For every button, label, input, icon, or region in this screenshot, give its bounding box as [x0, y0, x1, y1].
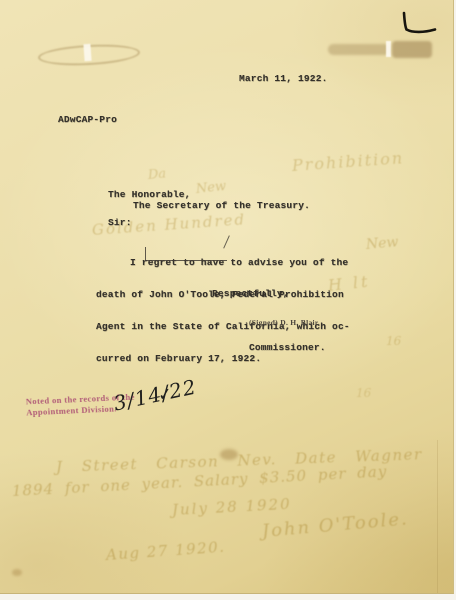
- bleedthrough-text: Da: [147, 166, 166, 183]
- closing: Respectfully,: [212, 288, 289, 299]
- salutation: Sir:: [108, 217, 132, 228]
- reference-code: ADwCAP-Pro: [58, 114, 117, 125]
- scan-background: Prohibition Da New Golden Hundred New H …: [0, 0, 456, 600]
- body-line: curred on February 17, 1922.: [96, 354, 350, 365]
- bleedthrough-text: July 28 1920: [172, 495, 293, 519]
- oval-stain-gap: [83, 44, 91, 61]
- bleedthrough-text: Aug 27 1920.: [105, 538, 226, 564]
- bleedthrough-text: 16: [356, 386, 371, 400]
- signer-title: Commissioner.: [249, 342, 326, 353]
- addressee-line1: The Honorable,: [108, 189, 191, 200]
- letter-date: March 11, 1922.: [239, 73, 328, 84]
- addressee-line2: The Secretary of the Treasury.: [133, 200, 310, 211]
- oval-stain: [38, 42, 141, 67]
- bleedthrough-text: Prohibition: [291, 148, 404, 175]
- pencil-bracket-annotation: [145, 247, 227, 261]
- smudge-blob: [392, 41, 432, 58]
- small-stain: [12, 569, 22, 576]
- checkmark-icon: ✓: [157, 384, 174, 406]
- bleedthrough-text: New: [365, 234, 399, 253]
- letter-paper: Prohibition Da New Golden Hundred New H …: [0, 0, 454, 594]
- smudge-gap: [386, 41, 391, 57]
- signature-line: (Signed) D. H. Blair.: [249, 318, 320, 327]
- paper-crease: [437, 440, 438, 593]
- smudge-streak: [328, 44, 390, 55]
- bleedthrough-signature: John O'Toole.: [261, 508, 409, 542]
- corner-pen-mark-icon: [398, 11, 440, 39]
- bleedthrough-text: 16: [386, 334, 401, 348]
- bleedthrough-text: New: [195, 179, 227, 197]
